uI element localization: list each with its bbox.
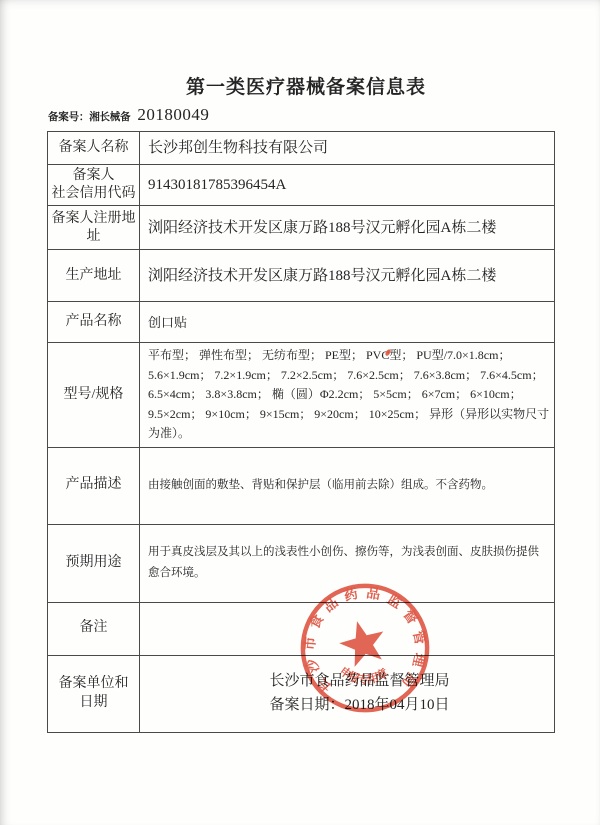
- row-value-line: 长沙市食品药品监督管理局: [170, 670, 549, 693]
- row-label: 预期用途: [48, 524, 140, 602]
- table-row: 产品名称创口贴: [48, 302, 555, 343]
- row-value: 创口贴: [140, 302, 555, 343]
- row-label: 产品描述: [48, 447, 140, 524]
- table-row: 预期用途用于真皮浅层及其以上的浅表性小创伤、擦伤等，为浅表创面、皮肤损伤提供愈合…: [48, 524, 555, 602]
- table-row: 型号/规格平布型； 弹性布型； 无纺布型； PE型； PVC型； PU型/7.0…: [48, 343, 555, 447]
- row-value: 由接触创面的敷垫、背贴和保护层（临用前去除）组成。不含药物。: [140, 447, 555, 524]
- row-value: 浏阳经济技术开发区康万路188号汉元孵化园A栋二楼: [140, 206, 555, 250]
- row-label: 备案人 社会信用代码: [48, 165, 140, 206]
- row-label: 备案人名称: [48, 132, 140, 165]
- row-value: 91430181785396454A: [140, 165, 555, 206]
- table-row: 生产地址浏阳经济技术开发区康万路188号汉元孵化园A栋二楼: [48, 250, 555, 302]
- document-page: 第一类医疗器械备案信息表 备案号：湘长械备 20180049 备案人名称长沙邦创…: [0, 0, 600, 825]
- row-value: 长沙市食品药品监督管理局备案日期：2018年04月10日: [140, 655, 555, 732]
- page-title: 第一类医疗器械备案信息表: [0, 72, 600, 99]
- row-value-line: 备案日期：2018年04月10日: [170, 694, 549, 717]
- row-label: 备注: [48, 602, 140, 655]
- record-number-line: 备案号：湘长械备 20180049: [48, 105, 209, 125]
- table-row: 备案人名称长沙邦创生物科技有限公司: [48, 132, 555, 165]
- row-value: 用于真皮浅层及其以上的浅表性小创伤、擦伤等，为浅表创面、皮肤损伤提供愈合环境。: [140, 524, 555, 602]
- row-label: 型号/规格: [48, 343, 140, 447]
- row-value: 浏阳经济技术开发区康万路188号汉元孵化园A栋二楼: [140, 250, 555, 302]
- row-label: 备案单位和 日期: [48, 655, 140, 732]
- table-row: 备注: [48, 602, 555, 655]
- record-number-value: 20180049: [137, 105, 209, 125]
- table-row: 备案单位和 日期长沙市食品药品监督管理局备案日期：2018年04月10日: [48, 655, 555, 732]
- row-value: 平布型； 弹性布型； 无纺布型； PE型； PVC型； PU型/7.0×1.8c…: [140, 343, 555, 447]
- record-number-label: 备案号：湘长械备: [48, 109, 130, 124]
- row-value: 长沙邦创生物科技有限公司: [140, 132, 555, 165]
- table-row: 产品描述由接触创面的敷垫、背贴和保护层（临用前去除）组成。不含药物。: [48, 447, 555, 524]
- row-label: 备案人注册地 址: [48, 206, 140, 250]
- row-label: 生产地址: [48, 250, 140, 302]
- row-value: [140, 602, 555, 655]
- table-row: 备案人 社会信用代码91430181785396454A: [48, 165, 555, 206]
- registration-table: 备案人名称长沙邦创生物科技有限公司备案人 社会信用代码9143018178539…: [47, 131, 555, 733]
- table-row: 备案人注册地 址浏阳经济技术开发区康万路188号汉元孵化园A栋二楼: [48, 206, 555, 250]
- row-label: 产品名称: [48, 302, 140, 343]
